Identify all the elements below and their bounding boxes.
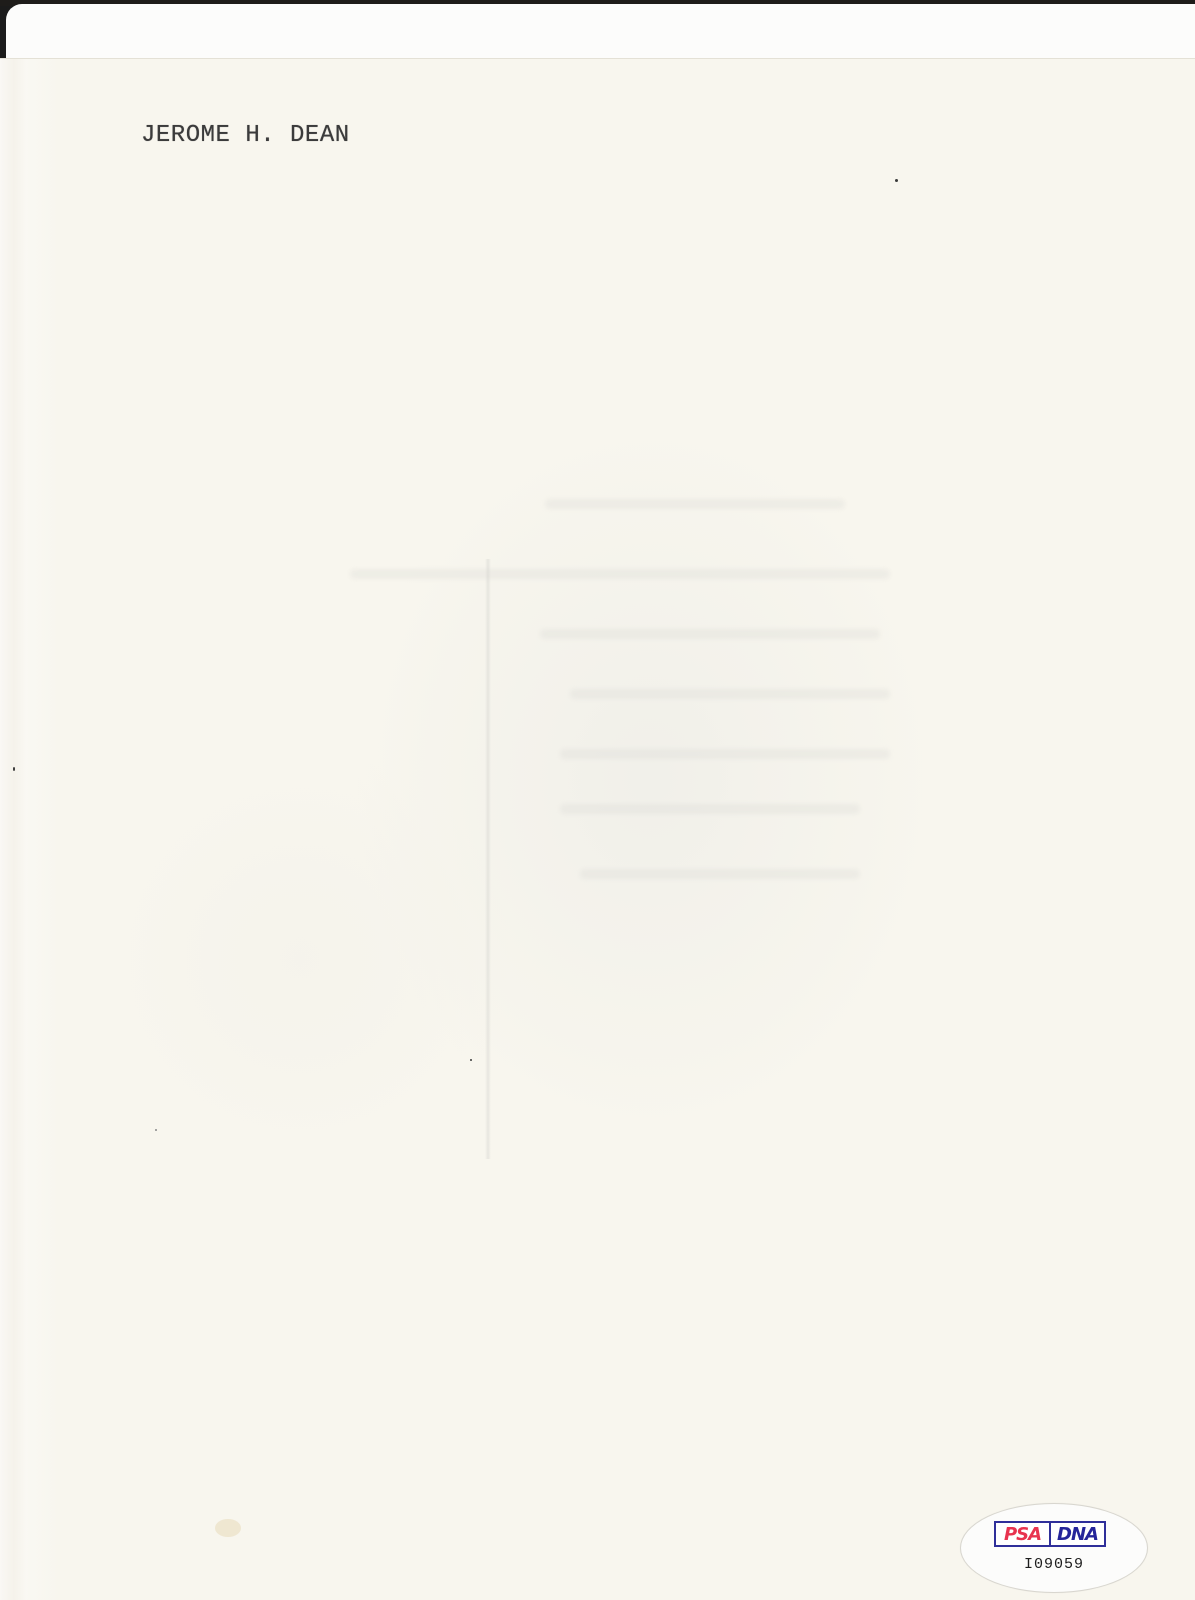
show-through-mark — [570, 689, 890, 699]
authentication-sticker: PSA DNA I09059 — [960, 1503, 1148, 1593]
dust-speck — [13, 767, 15, 771]
paper-stain — [215, 1519, 241, 1537]
show-through-mark — [580, 869, 860, 879]
show-through-mark — [560, 804, 860, 814]
psa-logo-text: PSA — [996, 1523, 1051, 1545]
certificate-id: I09059 — [961, 1556, 1147, 1573]
scanned-photo-back: JEROME H. DEAN PSA DNA I09059 — [0, 0, 1195, 1600]
show-through-mark — [545, 499, 845, 509]
show-through-mark — [350, 569, 890, 579]
dust-speck — [155, 1129, 157, 1131]
psa-dna-logo: PSA DNA — [994, 1521, 1106, 1547]
typed-name: JEROME H. DEAN — [141, 122, 350, 149]
dust-speck — [470, 1059, 472, 1061]
paper-crease — [485, 559, 491, 1159]
dna-logo-text: DNA — [1051, 1523, 1104, 1545]
dust-speck — [895, 179, 898, 182]
paper-sheet — [0, 58, 1195, 1600]
show-through-mark — [540, 629, 880, 639]
show-through-mark — [560, 749, 890, 759]
